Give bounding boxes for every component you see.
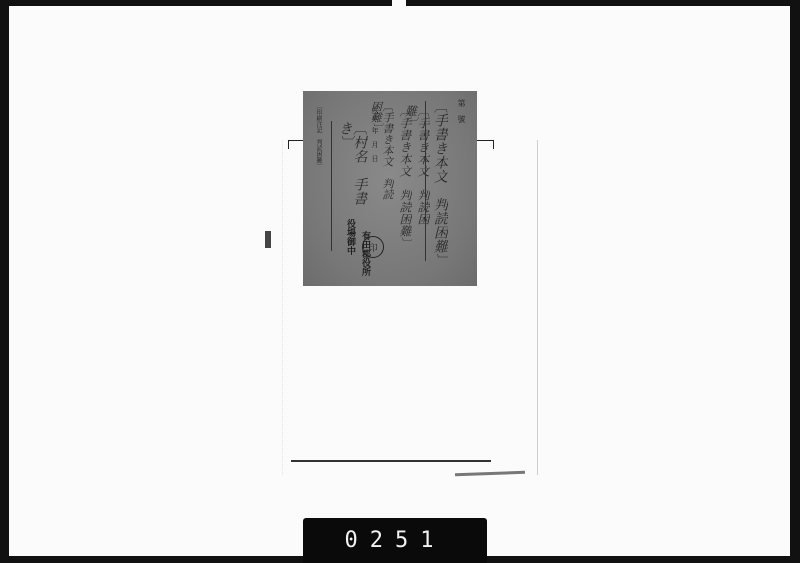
film-notch (392, 0, 406, 6)
document-sheet: 第 號 〔手書き本文 判読困難〕 〔手書き本文 判読困難〕 〔手書き本文 判読困… (303, 91, 477, 286)
document-number-label: 第 號 (457, 99, 465, 123)
printed-note: 〔印刷注記 判読困難〕 (315, 103, 321, 281)
right-bracket-mark (477, 140, 494, 149)
film-side-mark (265, 231, 271, 248)
official-seal: 印 (362, 236, 384, 258)
recipient-label: 役場御中 (345, 219, 354, 255)
frame-counter: 0251 (303, 518, 487, 563)
handwriting-line-3: 〔手書き本文 判読困難〕 (398, 105, 411, 275)
margin-line (331, 121, 332, 251)
frame-line (425, 101, 426, 261)
handwritten-addressee: 〔村名 手書き〕 (337, 121, 366, 211)
handwriting-line-1: 〔手書き本文 判読困難〕 (432, 99, 447, 279)
date-line: 大正 年 月 日 (371, 106, 378, 162)
bottom-rule-line (291, 460, 491, 462)
